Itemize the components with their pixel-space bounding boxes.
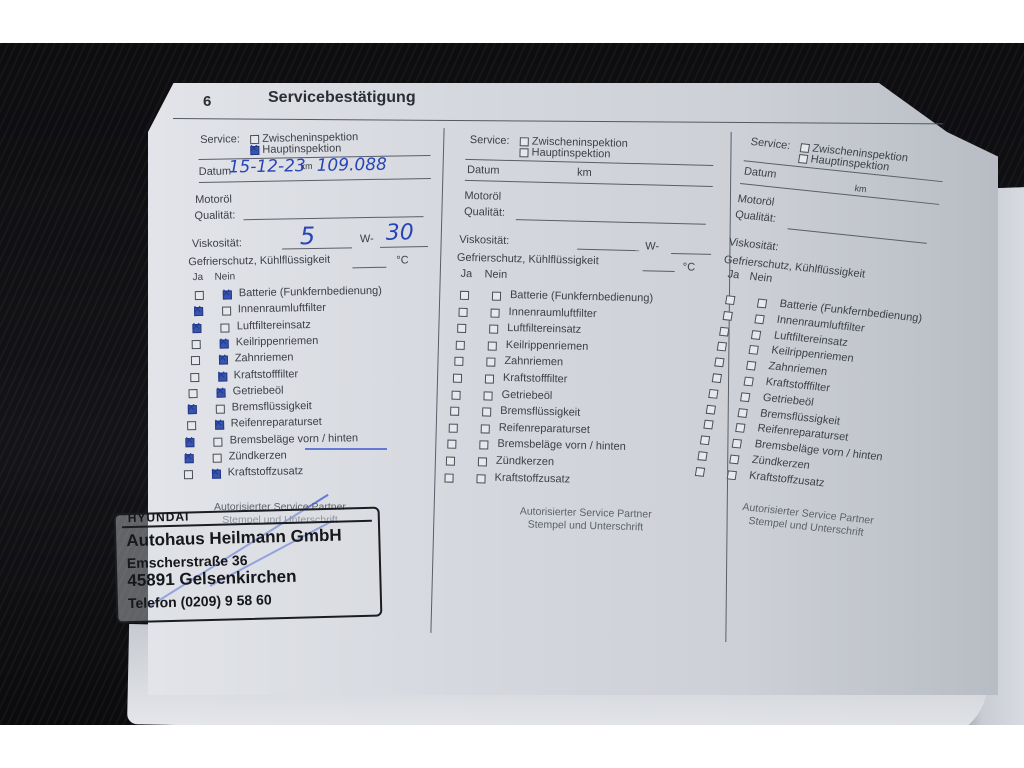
checkbox-nein[interactable]	[481, 424, 490, 433]
checklist-item-label: Zahnriemen	[235, 352, 294, 365]
checkbox-ja[interactable]	[449, 423, 458, 432]
celsius-label: °C	[683, 261, 696, 273]
checklist-item-label: Innenraumluftfilter	[508, 306, 596, 320]
checklist-item-label: Batterie (Funkfernbedienung)	[239, 285, 382, 299]
qualitaet-label: Qualität:	[194, 209, 235, 222]
checkbox-ja[interactable]	[725, 295, 735, 305]
checkbox-ja[interactable]	[454, 357, 463, 366]
checkbox-ja-checked[interactable]	[193, 324, 202, 333]
checkbox-ja[interactable]	[460, 291, 469, 300]
checkbox-haupt[interactable]	[519, 148, 528, 157]
viskositaet-label: Viskosität:	[728, 236, 780, 253]
page-number: 6	[203, 93, 211, 110]
gefrierschutz-label: Gefrierschutz, Kühlflüssigkeit	[457, 252, 599, 267]
checkbox-ja[interactable]	[190, 373, 199, 382]
checkbox-nein-checked[interactable]	[215, 421, 224, 430]
checkbox-ja[interactable]	[450, 407, 459, 416]
checkbox-nein[interactable]	[757, 299, 767, 309]
checkbox-ja[interactable]	[706, 404, 716, 414]
checkbox-nein[interactable]	[489, 325, 498, 334]
checkbox-nein[interactable]	[214, 437, 223, 446]
checkbox-ja[interactable]	[446, 457, 455, 466]
km-label: km	[577, 167, 592, 179]
checkbox-nein-checked[interactable]	[223, 290, 232, 299]
checklist-item-label: Zündkerzen	[496, 455, 554, 468]
ja-header: Ja	[460, 268, 472, 280]
motoroel-label: Motoröl	[195, 193, 232, 206]
datum-label: Datum	[743, 165, 777, 180]
checklist-item-label: Zündkerzen	[751, 454, 811, 472]
page-title: Servicebestätigung	[268, 89, 416, 107]
checklist-item-label: Bremsbeläge vorn / hinten	[497, 438, 626, 453]
checkbox-ja[interactable]	[195, 291, 204, 300]
partner-caption-2: Autorisierter Service PartnerStempel und…	[490, 505, 681, 536]
ja-header: Ja	[727, 268, 740, 281]
gefrierschutz-label: Gefrierschutz, Kühlflüssigkeit	[188, 254, 330, 268]
checkbox-ja-checked[interactable]	[188, 405, 197, 414]
checkbox-ja[interactable]	[695, 467, 705, 477]
dealer-stamp: HYUNDAI Autohaus Heilmann GmbH Emscherst…	[114, 507, 383, 624]
checkbox-nein[interactable]	[476, 474, 485, 483]
checklist-item-label: Keilrippenriemen	[506, 339, 589, 353]
service-label: Service:	[200, 133, 240, 146]
checklist-item-label: Keilrippenriemen	[236, 335, 319, 348]
checkbox-ja[interactable]	[714, 358, 724, 368]
checkbox-haupt[interactable]	[798, 154, 808, 164]
checkbox-ja[interactable]	[191, 356, 200, 365]
checklist-item-label: Bremsflüssigkeit	[232, 400, 312, 413]
checklist-item-label: Zahnriemen	[768, 360, 828, 378]
checklist-item-label: Reifenreparaturset	[231, 416, 322, 430]
stamp-phone: Telefon (0209) 9 58 60	[128, 591, 272, 611]
checkbox-nein[interactable]	[222, 307, 231, 316]
checklist-item-label: Bremsbeläge vorn / hinten	[230, 432, 359, 446]
checkbox-nein[interactable]	[743, 377, 753, 387]
checkbox-nein[interactable]	[488, 341, 497, 350]
celsius-label: °C	[396, 254, 409, 266]
checkbox-ja-checked[interactable]	[194, 307, 203, 316]
checklist-item-label: Bremsflüssigkeit	[500, 405, 580, 419]
checkbox-ja[interactable]	[697, 451, 707, 461]
checkbox-ja[interactable]	[192, 340, 201, 349]
qualitaet-label: Qualität:	[464, 206, 505, 219]
viskositaet-value[interactable]: 5	[300, 222, 316, 250]
checkbox-nein[interactable]	[479, 441, 488, 450]
checkbox-nein[interactable]	[216, 405, 225, 414]
motoroel-label: Motoröl	[737, 193, 775, 209]
checklist-item-label: Getriebeöl	[501, 388, 552, 401]
checkbox-haupt-checked[interactable]	[250, 146, 259, 155]
checkbox-nein[interactable]	[754, 314, 764, 324]
checkbox-nein[interactable]	[746, 361, 756, 371]
checklist-item-label: Reifenreparaturset	[499, 422, 590, 436]
nein-header: Nein	[484, 268, 507, 281]
km-label: km	[854, 183, 868, 194]
viskositaet-label: Viskosität:	[459, 234, 509, 247]
gefrierschutz-label: Gefrierschutz, Kühlflüssigkeit	[723, 254, 866, 281]
service-entry-1: Service: Zwischeninspektion Hauptinspekt…	[198, 128, 440, 522]
checkbox-nein[interactable]	[221, 323, 230, 332]
w-label: W-	[360, 233, 374, 245]
checklist-item-label: Getriebeöl	[233, 384, 284, 397]
checklist-item-label: Zündkerzen	[229, 450, 287, 463]
km-value[interactable]: 109.088	[316, 155, 387, 176]
checklist-item-label: Zahnriemen	[504, 355, 563, 368]
checkbox-nein[interactable]	[726, 470, 736, 480]
checkbox-nein[interactable]	[478, 457, 487, 466]
checkbox-nein[interactable]	[486, 358, 495, 367]
checkbox-zwischen[interactable]	[800, 143, 810, 153]
checkbox-nein[interactable]	[735, 423, 745, 433]
checkbox-nein[interactable]	[492, 292, 501, 301]
checkbox-nein-checked[interactable]	[212, 470, 221, 479]
checkbox-ja-checked[interactable]	[185, 454, 194, 463]
checklist-item-label: Kraftstoffzusatz	[494, 471, 570, 485]
checkbox-nein[interactable]	[483, 391, 492, 400]
checkbox-nein[interactable]	[213, 454, 222, 463]
checkbox-nein[interactable]	[740, 392, 750, 402]
stamp-brand: HYUNDAI	[128, 510, 190, 526]
service-label: Service:	[470, 134, 510, 147]
checkbox-ja[interactable]	[717, 342, 727, 352]
checkbox-ja[interactable]	[700, 436, 710, 446]
motoroel-label: Motoröl	[464, 190, 501, 203]
checkbox-ja[interactable]	[458, 307, 467, 316]
checkbox-nein-checked[interactable]	[217, 388, 226, 397]
checkbox-ja[interactable]	[708, 389, 718, 399]
service-entry-2: Service: Zwischeninspektion Hauptinspekt…	[460, 132, 720, 538]
checkbox-nein[interactable]	[490, 308, 499, 317]
checkbox-ja[interactable]	[187, 421, 196, 430]
w-value[interactable]: 30	[386, 220, 414, 245]
checkbox-ja[interactable]	[189, 389, 198, 398]
checkbox-ja[interactable]	[456, 341, 465, 350]
nein-header: Nein	[214, 271, 235, 282]
checkbox-nein-checked[interactable]	[219, 356, 228, 365]
checkbox-nein[interactable]	[482, 408, 491, 417]
datum-label: Datum	[199, 165, 232, 178]
checklist-item-label: Batterie (Funkfernbedienung)	[510, 289, 653, 304]
checkbox-ja[interactable]	[451, 390, 460, 399]
checkbox-ja[interactable]	[457, 324, 466, 333]
checkbox-ja[interactable]	[711, 373, 721, 383]
datum-label: Datum	[467, 164, 500, 177]
underline-vorn-hinten	[305, 448, 387, 450]
checkbox-nein-checked[interactable]	[218, 372, 227, 381]
stamp-city: 45891 Gelsenkirchen	[127, 567, 297, 591]
checkbox-zwischen[interactable]	[520, 137, 529, 146]
checkbox-nein[interactable]	[732, 439, 742, 449]
checkbox-ja[interactable]	[453, 374, 462, 383]
checklist-item-label: Kraftstoffzusatz	[228, 466, 304, 479]
stamp-dealer-name: Autohaus Heilmann GmbH	[126, 526, 342, 552]
checklist-item-label: Getriebeöl	[762, 391, 814, 408]
checkbox-nein[interactable]	[729, 455, 739, 465]
checklist-item-label: Kraftstofffilter	[234, 368, 299, 381]
option-hauptinspektion[interactable]: Hauptinspektion	[250, 143, 341, 157]
option-hauptinspektion[interactable]: Hauptinspektion	[519, 146, 610, 160]
checklist-item-label: Luftfiltereinsatz	[507, 322, 581, 336]
datum-value[interactable]: 15-12-23	[228, 156, 306, 177]
service-label: Service:	[750, 136, 791, 152]
checkbox-nein[interactable]	[737, 408, 747, 418]
nein-header: Nein	[749, 271, 773, 285]
checkbox-nein[interactable]	[751, 330, 761, 340]
checkbox-ja-checked[interactable]	[186, 438, 195, 447]
checkbox-nein[interactable]	[485, 374, 494, 383]
w-label: W-	[645, 240, 659, 252]
checkbox-nein[interactable]	[749, 345, 759, 355]
checkbox-ja[interactable]	[703, 420, 713, 430]
checkbox-ja[interactable]	[444, 473, 453, 482]
ja-header: Ja	[192, 272, 203, 283]
checklist-item-label: Kraftstofffilter	[503, 372, 568, 386]
checklist-item-label: Luftfiltereinsatz	[237, 319, 311, 332]
checklist-item-label: Kraftstoffzusatz	[748, 469, 825, 489]
checkbox-ja[interactable]	[722, 311, 732, 321]
checkbox-nein-checked[interactable]	[220, 339, 229, 348]
checkbox-ja[interactable]	[447, 440, 456, 449]
checklist-item-label: Innenraumluftfilter	[238, 302, 326, 316]
km-label: km	[301, 161, 313, 171]
checkbox-ja[interactable]	[184, 470, 193, 479]
viskositaet-label: Viskosität:	[192, 237, 242, 250]
qualitaet-label: Qualität:	[734, 209, 777, 225]
checkbox-ja[interactable]	[720, 326, 730, 336]
